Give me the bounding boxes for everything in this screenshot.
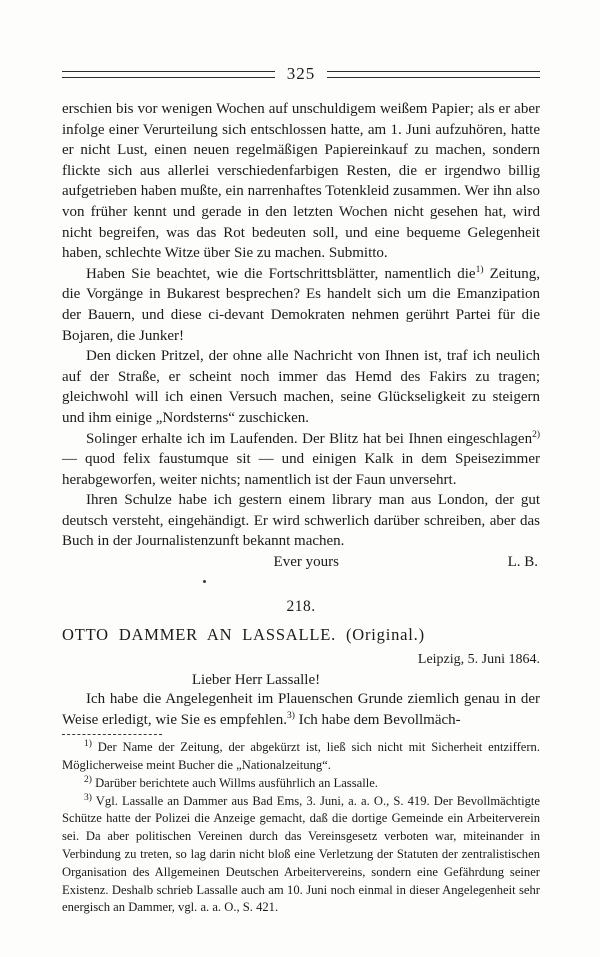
- valediction: Ever yours: [274, 554, 339, 571]
- paragraph-text: Ihren Schulze habe ich gestern einem lib…: [62, 492, 540, 549]
- letter-218: 218. OTTO DAMMER AN LASSALLE. (Original.…: [62, 598, 540, 730]
- footnote-text: Darüber berichtete auch Willms ausführli…: [92, 776, 378, 790]
- header-rule-right: [327, 71, 540, 78]
- paragraph: Ihren Schulze habe ich gestern einem lib…: [62, 490, 540, 552]
- paragraph-text: — quod felix faustumque sit — und einige…: [62, 451, 540, 488]
- paragraph: Den dicken Pritzel, der ohne alle Nachri…: [62, 346, 540, 428]
- footnote-3: 3) Vgl. Lassalle an Dammer aus Bad Ems, …: [62, 793, 540, 918]
- paragraph-text: Haben Sie beachtet, wie die Fortschritts…: [86, 266, 476, 282]
- paragraph-text: Den dicken Pritzel, der ohne alle Nachri…: [62, 348, 540, 426]
- page-number: 325: [275, 64, 328, 84]
- dateline: Leipzig, 5. Juni 1864.: [62, 652, 540, 668]
- paragraph-text: erschien bis vor wenigen Wochen auf unsc…: [62, 101, 540, 261]
- paragraph: Haben Sie beachtet, wie die Fortschritts…: [62, 264, 540, 346]
- footnote-2: 2) Darüber berichtete auch Willms ausfüh…: [62, 775, 540, 793]
- footnote-2-marker: 2): [84, 775, 92, 785]
- footnote-1-marker: 1): [84, 739, 92, 749]
- footnote-text: Vgl. Lassalle an Dammer aus Bad Ems, 3. …: [62, 794, 540, 915]
- letter-number: 218.: [62, 598, 540, 616]
- salutation: Lieber Herr Lassalle!: [17, 672, 495, 689]
- footnotes-block: 1) Der Name der Zeitung, der abgekürzt i…: [62, 734, 540, 917]
- letter-title: OTTO DAMMER AN LASSALLE. (Original.): [62, 625, 540, 645]
- paragraph: Solinger erhalte ich im Laufenden. Der B…: [62, 429, 540, 491]
- paragraph-continuation: erschien bis vor wenigen Wochen auf unsc…: [62, 99, 540, 264]
- footnote-marker-3: 3): [287, 711, 295, 721]
- letter-217-body: erschien bis vor wenigen Wochen auf unsc…: [62, 99, 540, 576]
- signature: L. B.: [508, 554, 538, 571]
- letter-closing: Ever yours L. B.: [62, 554, 540, 576]
- paragraph-text: Solinger erhalte ich im Laufenden. Der B…: [86, 431, 532, 447]
- footnote-text: Der Name der Zeitung, der abgekürzt ist,…: [62, 740, 540, 772]
- footnote-3-marker: 3): [84, 792, 92, 802]
- footnote-separator-rule: [62, 734, 162, 735]
- running-head: 325: [62, 64, 540, 84]
- book-page: 325 erschien bis vor wenigen Wochen auf …: [0, 0, 600, 957]
- header-rule-left: [62, 71, 275, 78]
- scan-speck: [203, 580, 206, 583]
- paragraph: Ich habe die Angelegenheit im Plauensche…: [62, 689, 540, 730]
- footnote-1: 1) Der Name der Zeitung, der abgekürzt i…: [62, 739, 540, 775]
- paragraph-text: Ich habe dem Bevollmäch-: [295, 712, 461, 728]
- footnote-marker-2: 2): [532, 430, 540, 440]
